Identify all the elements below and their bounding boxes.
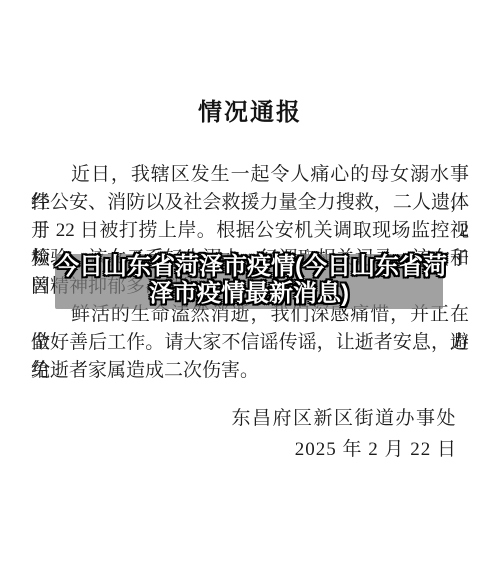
body-line: 经公安、消防以及社会救援力量全力搜救，二人遗体于 2 (31, 189, 469, 217)
body-line: 做好善后工作。请大家不信谣传谣，让逝者安息，避免 (31, 329, 469, 357)
body-line: 近日，我辖区发生一起令人痛心的母女溺水事件， (31, 161, 469, 189)
seo-title-overlay: 今日山东省菏泽市疫情(今日山东省菏 泽市疫情最新消息) (55, 253, 443, 307)
signature: 东昌府区新区街道办事处 (231, 403, 457, 430)
notice-page: 情况通报 近日，我辖区发生一起令人痛心的母女溺水事件， 经公安、消防以及社会救援… (0, 0, 500, 572)
notice-title: 情况通报 (0, 92, 500, 127)
seo-title-line: 今日山东省菏泽市疫情(今日山东省菏 (55, 253, 443, 280)
date-line: 2025 年 2 月 22 日 (295, 434, 457, 461)
body-line: 月 22 日被打捞上岸。根据公安机关调取现场监控视频和 (31, 217, 469, 245)
body-line: 给逝者家属造成二次伤害。 (31, 357, 469, 385)
seo-title-line: 泽市疫情最新消息) (55, 280, 443, 307)
